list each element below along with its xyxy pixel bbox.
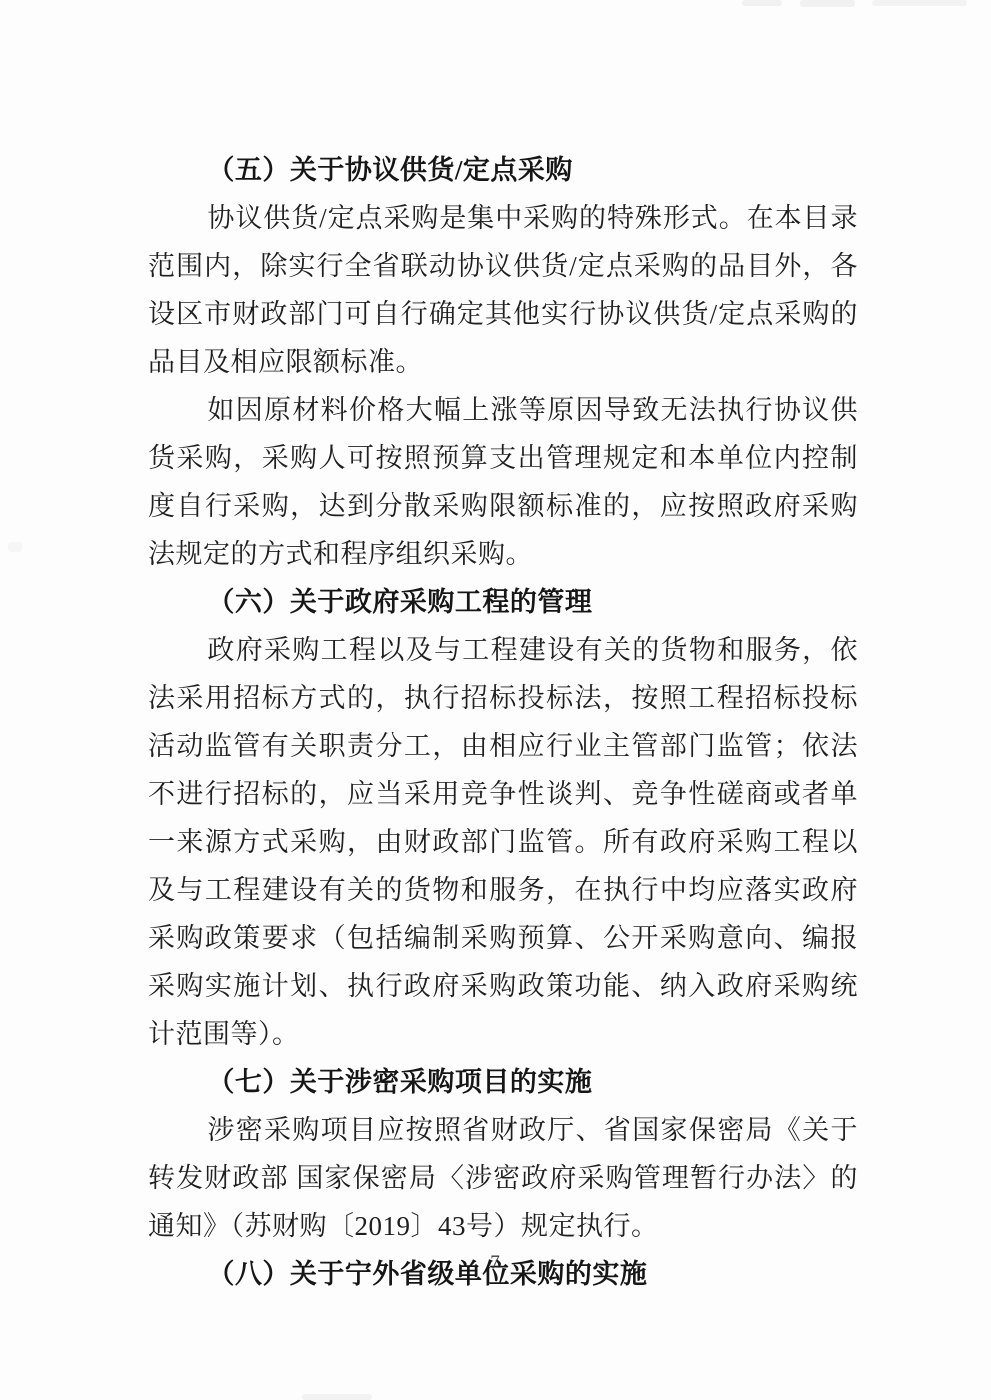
section-7-paragraph-1: 涉密采购项目应按照省财政厅、省国家保密局《关于转发财政部 国家保密局〈涉密政府采… [148, 1106, 858, 1250]
scan-artifact [742, 0, 782, 6]
scan-artifact [800, 0, 855, 7]
section-5-paragraph-2: 如因原材料价格大幅上涨等原因导致无法执行协议供货采购，采购人可按照预算支出管理规… [148, 386, 858, 578]
document-body: （五）关于协议供货/定点采购 协议供货/定点采购是集中采购的特殊形式。在本目录范… [148, 146, 858, 1298]
scan-artifact [302, 1394, 372, 1400]
scan-artifact [8, 542, 22, 552]
section-heading-5: （五）关于协议供货/定点采购 [148, 146, 858, 194]
section-heading-7: （七）关于涉密采购项目的实施 [148, 1058, 858, 1106]
page-number: 7 [0, 1252, 991, 1274]
section-5-paragraph-1: 协议供货/定点采购是集中采购的特殊形式。在本目录范围内，除实行全省联动协议供货/… [148, 194, 858, 386]
scanned-document-page: （五）关于协议供货/定点采购 协议供货/定点采购是集中采购的特殊形式。在本目录范… [0, 0, 991, 1400]
section-heading-6: （六）关于政府采购工程的管理 [148, 578, 858, 626]
scan-artifact [872, 0, 967, 6]
section-6-paragraph-1: 政府采购工程以及与工程建设有关的货物和服务，依法采用招标方式的，执行招标投标法，… [148, 626, 858, 1058]
